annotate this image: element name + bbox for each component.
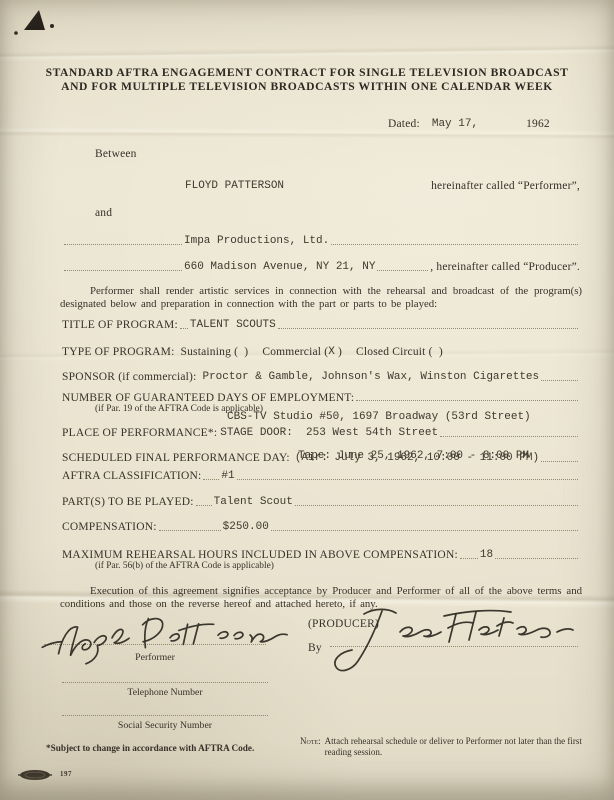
- services-paragraph: Performer shall render artistic services…: [60, 285, 582, 310]
- field-value: Proctor & Gamble, Johnson's Wax, Winston…: [202, 371, 539, 383]
- field-label: MAXIMUM REHEARSAL HOURS INCLUDED IN ABOV…: [62, 549, 458, 561]
- field-aftra-classification: AFTRA CLASSIFICATION: #1: [62, 470, 580, 483]
- dotted-leader: [180, 328, 188, 329]
- dotted-leader: [356, 400, 578, 401]
- performer-name: FLOYD PATTERSON: [185, 180, 284, 192]
- option-commercial-close: ): [335, 346, 342, 358]
- dotted-leader: [495, 558, 578, 559]
- field-label: TYPE OF PROGRAM:: [62, 346, 174, 358]
- note-block: Note: Attach rehearsal schedule or deliv…: [300, 736, 582, 757]
- performer-signature: [39, 606, 291, 667]
- dated-label: Dated:: [388, 118, 420, 130]
- between-label: Between: [95, 148, 137, 160]
- dotted-leader: [295, 505, 578, 506]
- note-text: Attach rehearsal schedule or deliver to …: [325, 736, 582, 757]
- commercial-x-mark: X: [328, 346, 335, 358]
- dotted-leader: [271, 530, 578, 531]
- place-overline: CBS-TV Studio #50, 1697 Broadway (53rd S…: [227, 411, 614, 423]
- contract-page: STANDARD AFTRA ENGAGEMENT CONTRACT FOR S…: [0, 0, 614, 800]
- field-label: AFTRA CLASSIFICATION:: [62, 470, 201, 482]
- dotted-leader: [377, 270, 428, 271]
- ink-mark-icon: [12, 6, 62, 38]
- union-bug-number: 197: [60, 770, 72, 778]
- field-value: Talent Scout: [214, 496, 293, 508]
- field-sponsor: SPONSOR (if commercial): Proctor & Gambl…: [62, 371, 580, 384]
- dotted-leader: [460, 558, 478, 559]
- field-label: PART(S) TO BE PLAYED:: [62, 496, 194, 508]
- field-title-of-program: TITLE OF PROGRAM: TALENT SCOUTS: [62, 319, 580, 332]
- option-closed-circuit: Closed Circuit ( ): [356, 346, 443, 358]
- ssn-caption: Social Security Number: [62, 720, 268, 731]
- dotted-leader: [64, 270, 182, 271]
- producer-address: 660 Madison Avenue, NY 21, NY: [184, 261, 375, 273]
- telephone-caption: Telephone Number: [62, 687, 268, 698]
- field-guaranteed-days: NUMBER OF GUARANTEED DAYS OF EMPLOYMENT:: [62, 392, 580, 404]
- option-sustaining: Sustaining ( ): [180, 346, 248, 358]
- field-value: (Air: July 3, 1962, 10:00 - 11:00 PM): [295, 452, 539, 464]
- dotted-leader: [203, 479, 219, 480]
- dotted-leader: [159, 530, 221, 531]
- dotted-leader: [331, 244, 578, 245]
- dotted-leader: [64, 244, 182, 245]
- producer-address-line: 660 Madison Avenue, NY 21, NY , hereinaf…: [62, 261, 580, 274]
- option-commercial: Commercial (: [262, 346, 328, 358]
- producer-company: Impa Productions, Ltd.: [184, 235, 329, 247]
- contract-title-line2: AND FOR MULTIPLE TELEVISION BROADCASTS W…: [40, 80, 574, 93]
- dated-value: May 17,: [432, 118, 478, 130]
- dotted-leader: [237, 479, 578, 480]
- field-type-of-program: TYPE OF PROGRAM: Sustaining ( ) Commerci…: [62, 346, 580, 359]
- dotted-leader: [196, 505, 212, 506]
- field-final-performance-day: SCHEDULED FINAL PERFORMANCE DAY: (Air: J…: [62, 452, 580, 465]
- field-label: SCHEDULED FINAL PERFORMANCE DAY:: [62, 452, 290, 464]
- field-label: NUMBER OF GUARANTEED DAYS OF EMPLOYMENT:: [62, 392, 354, 404]
- producer-signature: [326, 604, 582, 682]
- dotted-leader: [541, 380, 578, 381]
- field-value: 18: [480, 549, 493, 561]
- telephone-line: [62, 682, 268, 683]
- performer-line: FLOYD PATTERSON hereinafter called “Perf…: [62, 180, 580, 193]
- field-value: STAGE DOOR: 253 West 54th Street: [220, 427, 438, 439]
- rehearsal-note: (if Par. 56(b) of the AFTRA Code is appl…: [95, 561, 274, 571]
- performer-suffix: hereinafter called “Performer”,: [431, 180, 580, 192]
- dotted-leader: [278, 328, 578, 329]
- union-bug-icon: [18, 767, 60, 783]
- dotted-leader: [440, 436, 578, 437]
- and-label: and: [95, 207, 112, 219]
- contract-title-line1: STANDARD AFTRA ENGAGEMENT CONTRACT FOR S…: [40, 66, 574, 79]
- field-label: COMPENSATION:: [62, 521, 157, 533]
- producer-company-line: Impa Productions, Ltd.: [62, 236, 580, 248]
- dated-year: 1962: [526, 118, 550, 130]
- producer-suffix: , hereinafter called “Producer”.: [430, 261, 580, 273]
- dotted-leader: [541, 461, 578, 462]
- field-compensation: COMPENSATION: $250.00: [62, 521, 580, 534]
- by-label: By: [308, 642, 322, 654]
- ssn-line: [62, 715, 268, 716]
- paper-crease: [0, 44, 614, 62]
- field-value: TALENT SCOUTS: [190, 319, 276, 331]
- field-value: #1: [221, 470, 234, 482]
- field-parts-to-be-played: PART(S) TO BE PLAYED: Talent Scout: [62, 496, 580, 509]
- field-label: PLACE OF PERFORMANCE*:: [62, 427, 217, 439]
- aftra-footnote: *Subject to change in accordance with AF…: [46, 743, 254, 753]
- field-label: SPONSOR (if commercial):: [62, 371, 196, 383]
- field-value: $250.00: [223, 521, 269, 533]
- field-place-of-performance: PLACE OF PERFORMANCE*: STAGE DOOR: 253 W…: [62, 427, 580, 440]
- field-label: TITLE OF PROGRAM:: [62, 319, 178, 331]
- dated-line: Dated: May 17, 1962: [388, 114, 550, 132]
- note-label: Note:: [300, 736, 321, 757]
